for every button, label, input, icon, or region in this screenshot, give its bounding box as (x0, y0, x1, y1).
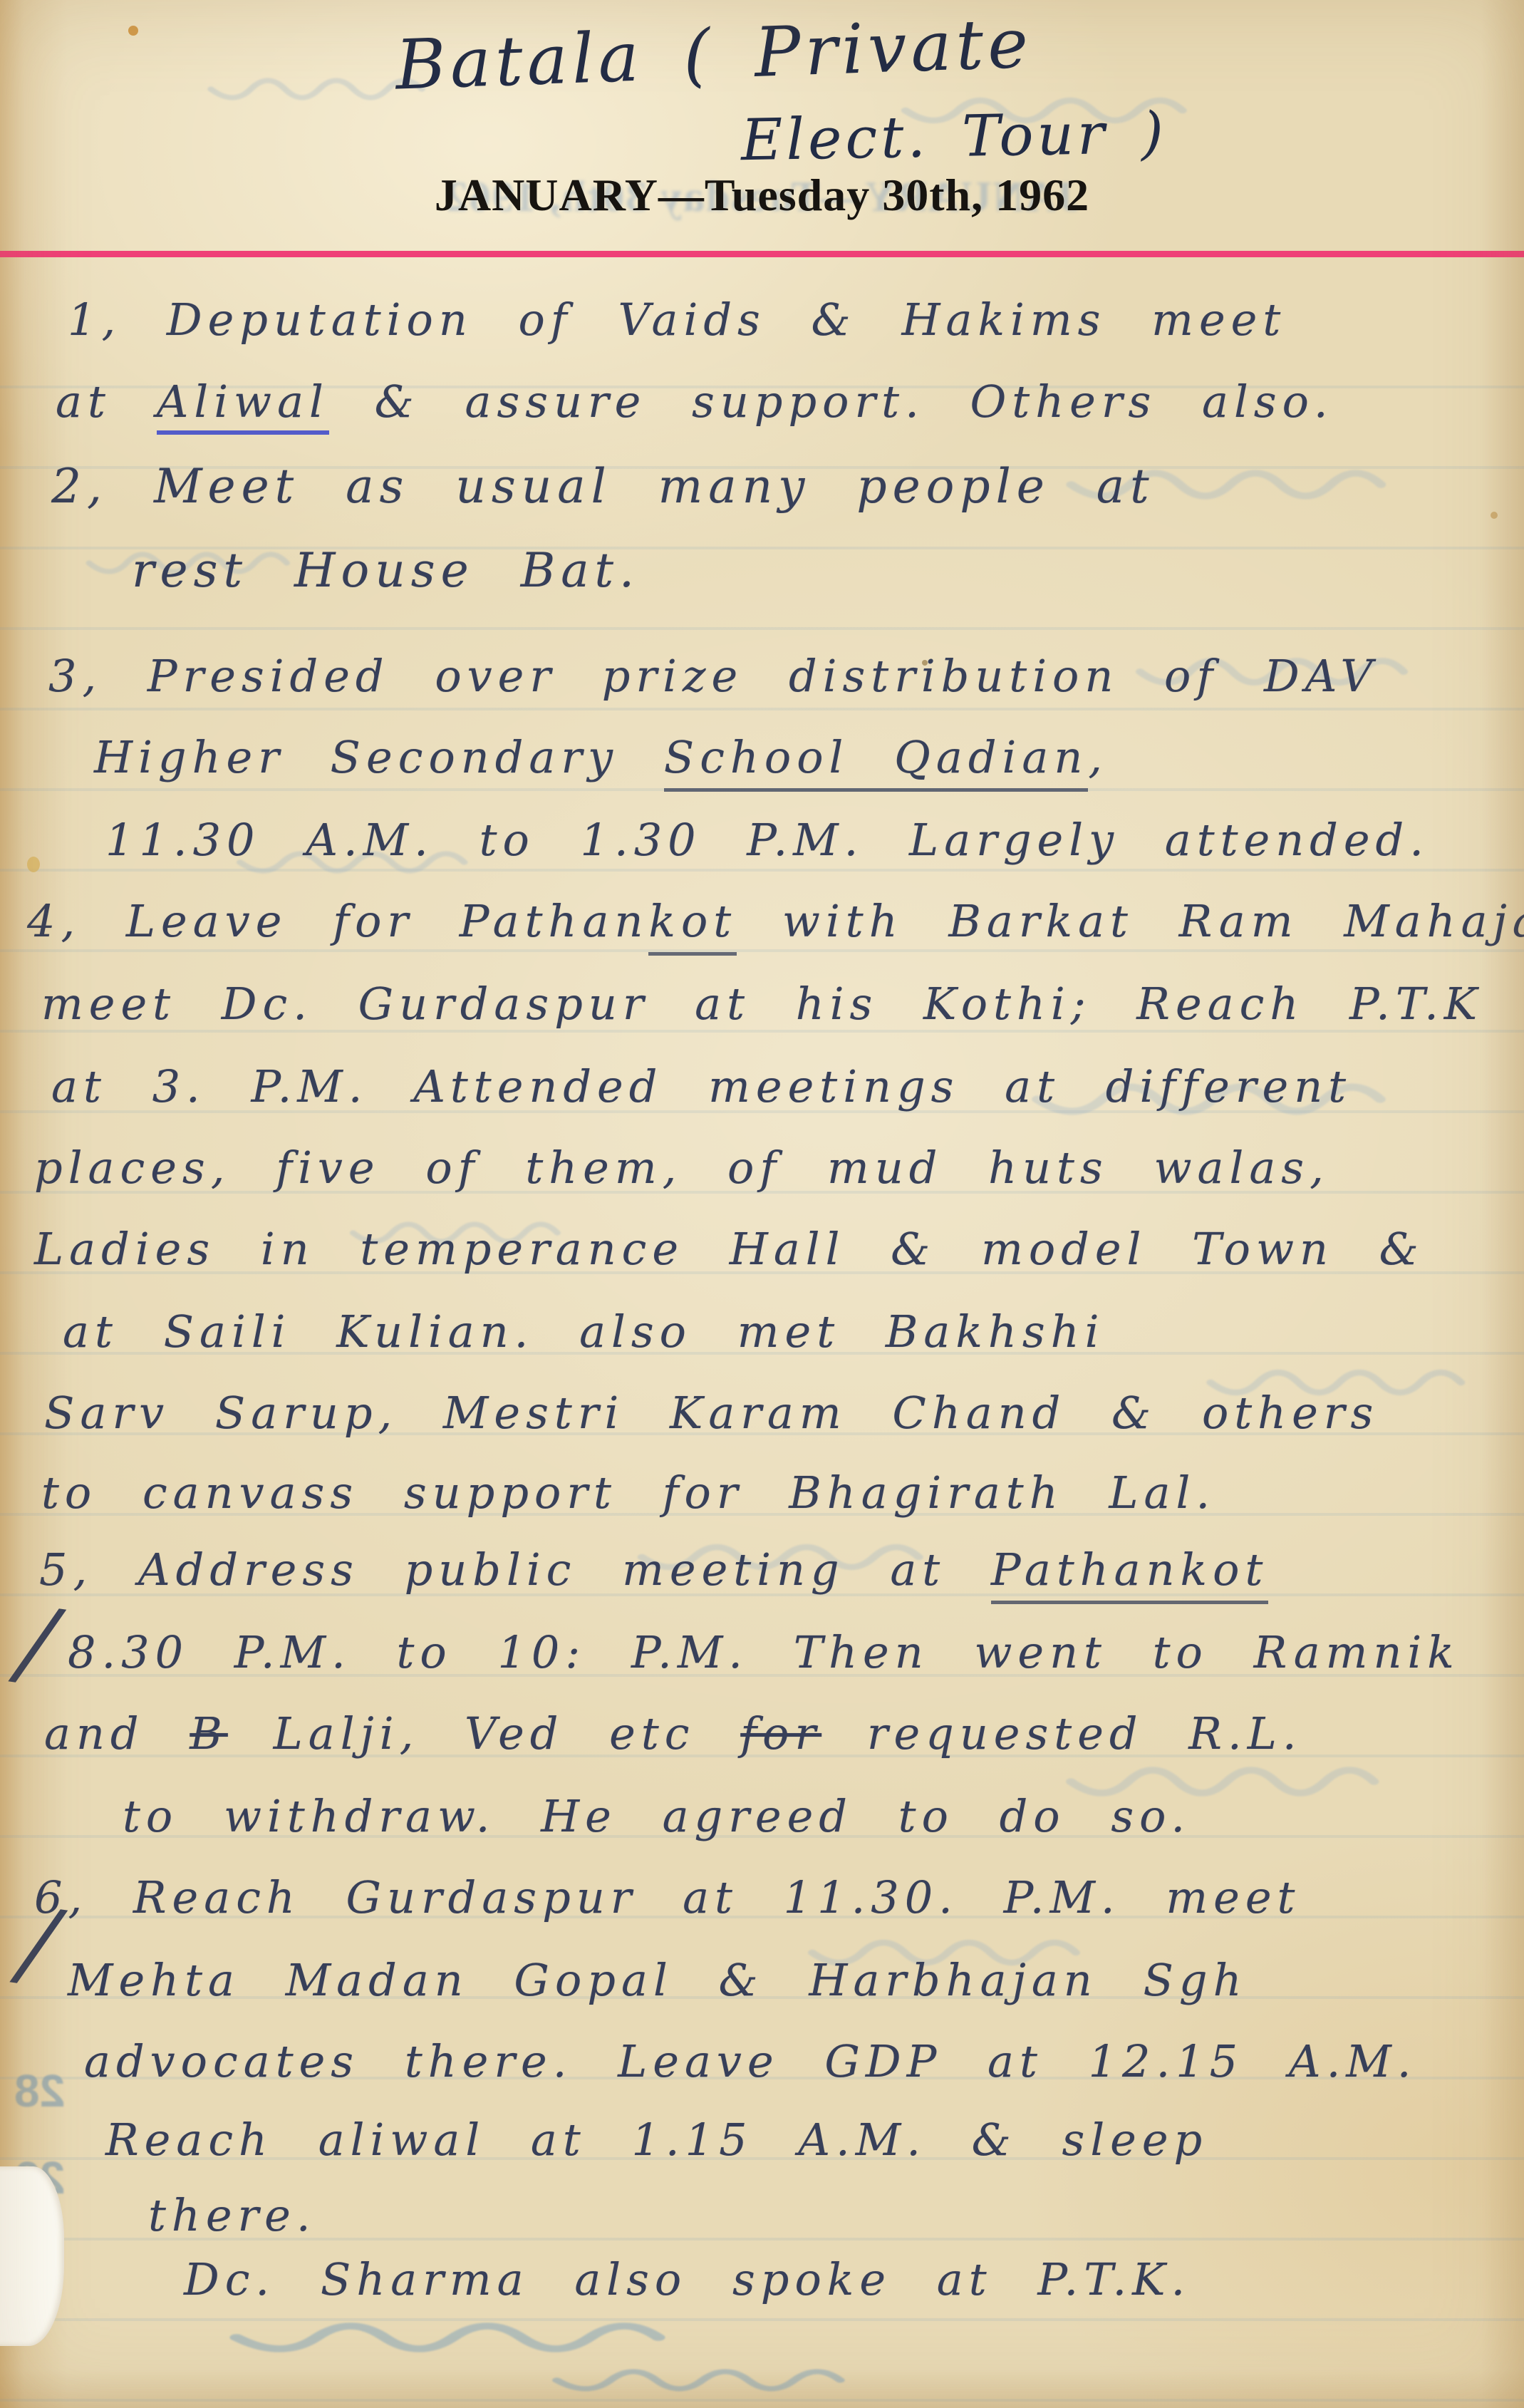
printed-date-header: JANUARY—Tuesday 30th, 1962 (0, 172, 1524, 218)
handwriting-segment: 5, Address public meeting at (39, 1544, 991, 1596)
handwriting-line: 6, Reach Gurdaspur at 11.30. P.M. meet (34, 1876, 1300, 1920)
handwriting-line: Dc. Sharma also spoke at P.T.K. (184, 2258, 1191, 2302)
handwriting-line: 5, Address public meeting at Pathankot (39, 1548, 1268, 1592)
handwriting-segment: Sarv Sarup, Mestri Karam Chand & others (44, 1387, 1379, 1439)
handwriting-segment: at (56, 376, 157, 428)
handwritten-location-note-line2: Elect. Tour ) (740, 105, 1167, 169)
handwritten-location-note-line1: Batala ( Private (395, 9, 1034, 99)
handwriting-segment: requested R.L. (821, 1707, 1302, 1760)
handwriting-segment: School Qadian (664, 731, 1089, 792)
handwriting-segment: and (44, 1707, 190, 1760)
handwriting-line: to canvass support for Bhagirath Lal. (41, 1471, 1215, 1515)
handwriting-segment: B (190, 1707, 228, 1760)
bleed-through-mark (214, 2309, 670, 2366)
handwriting-segment: meet Dc. Gurdaspur at his Kothi; Reach P… (41, 978, 1483, 1030)
handwriting-line: 2, Meet as usual many people at (51, 463, 1155, 510)
handwriting-line: at 3. P.M. Attended meetings at differen… (51, 1065, 1352, 1109)
handwriting-segment: at 3. P.M. Attended meetings at differen… (51, 1060, 1352, 1112)
handwriting-segment: to withdraw. He agreed to do so. (123, 1790, 1191, 1842)
paper-notch (0, 2166, 64, 2346)
handwriting-segment: with Barkat Ram Mahajan (737, 895, 1524, 947)
handwriting-segment: rest House Bat. (132, 543, 640, 598)
handwriting-line: meet Dc. Gurdaspur at his Kothi; Reach P… (41, 982, 1483, 1026)
handwriting-line: Ladies in temperance Hall & model Town & (34, 1227, 1424, 1271)
handwriting-segment: Mehta Madan Gopal & Harbhajan Sgh (68, 1954, 1248, 2006)
date-divider-rule (0, 251, 1524, 257)
handwriting-line: at Saili Kulian. also met Bakhshi (63, 1310, 1104, 1354)
handwriting-segment: to canvass support for Bhagirath Lal. (41, 1467, 1215, 1519)
bleed-through-mark (199, 68, 427, 110)
handwriting-line: 3, Presided over prize distribution of D… (48, 654, 1378, 698)
handwriting-segment: 3, Presided over prize distribution of D… (48, 650, 1378, 702)
handwriting-segment: Pathankot (991, 1544, 1268, 1604)
handwriting-segment: , (1088, 731, 1108, 783)
handwriting-segment: Lalji, Ved etc (228, 1707, 740, 1760)
handwriting-line: there. (148, 2193, 316, 2238)
handwriting-line: and B Lalji, Ved etc for requested R.L. (44, 1712, 1302, 1756)
handwriting-segment: Aliwal (157, 376, 329, 435)
handwriting-line: advocates there. Leave GDP at 12.15 A.M. (84, 2040, 1416, 2084)
handwriting-segment: 11.30 A.M. to 1.30 P.M. Largely attended… (105, 814, 1429, 866)
handwriting-segment: Ladies in temperance Hall & model Town & (34, 1223, 1424, 1275)
handwriting-segment: for (740, 1707, 821, 1760)
handwriting-segment: & assure support. Others also. (329, 376, 1334, 428)
handwriting-segment: at Saili Kulian. also met Bakhshi (63, 1306, 1104, 1358)
handwriting-line: Mehta Madan Gopal & Harbhajan Sgh (68, 1958, 1248, 2003)
handwriting-segment: Higher Secondary (94, 731, 664, 783)
handwriting-segment: 8.30 P.M. to 10: P.M. Then went to Ramni… (68, 1626, 1460, 1678)
handwriting-segment: 2, Meet as usual many people at (51, 459, 1155, 514)
handwriting-line: Higher Secondary School Qadian, (94, 735, 1108, 780)
handwriting-line: places, five of them, of mud huts walas, (34, 1146, 1329, 1190)
handwriting-line: 8.30 P.M. to 10: P.M. Then went to Ramni… (68, 1631, 1460, 1675)
handwriting-line: 4, Leave for Pathankot with Barkat Ram M… (27, 899, 1524, 944)
handwriting-segment: kot (648, 895, 737, 956)
handwriting-segment: advocates there. Leave GDP at 12.15 A.M. (84, 2035, 1416, 2087)
margin-page-number: 28 (14, 2068, 65, 2114)
handwriting-segment: 4, Leave for Pathan (27, 895, 648, 947)
handwriting-line: rest House Bat. (132, 547, 640, 594)
handwriting-segment: there. (148, 2189, 316, 2241)
handwriting-line: at Aliwal & assure support. Others also. (56, 380, 1334, 424)
bleed-through-mark (541, 2359, 848, 2402)
handwriting-line: 1, Deputation of Vaids & Hakims meet (68, 298, 1286, 342)
handwriting-segment: Dc. Sharma also spoke at P.T.K. (184, 2253, 1191, 2305)
handwriting-line: Sarv Sarup, Mestri Karam Chand & others (44, 1391, 1379, 1435)
handwriting-line: Reach aliwal at 1.15 A.M. & sleep (105, 2118, 1208, 2162)
handwriting-segment: 1, Deputation of Vaids & Hakims meet (68, 294, 1286, 346)
handwriting-segment: places, five of them, of mud huts walas, (34, 1142, 1329, 1194)
handwriting-line: 11.30 A.M. to 1.30 P.M. Largely attended… (105, 818, 1429, 862)
handwriting-line: to withdraw. He agreed to do so. (123, 1794, 1191, 1839)
handwriting-segment: 6, Reach Gurdaspur at 11.30. P.M. meet (34, 1871, 1300, 1923)
diary-page: JANUARY—Tuesday 30th, 1962 Batala ( Priv… (0, 0, 1524, 2408)
handwriting-segment: Reach aliwal at 1.15 A.M. & sleep (105, 2114, 1208, 2166)
